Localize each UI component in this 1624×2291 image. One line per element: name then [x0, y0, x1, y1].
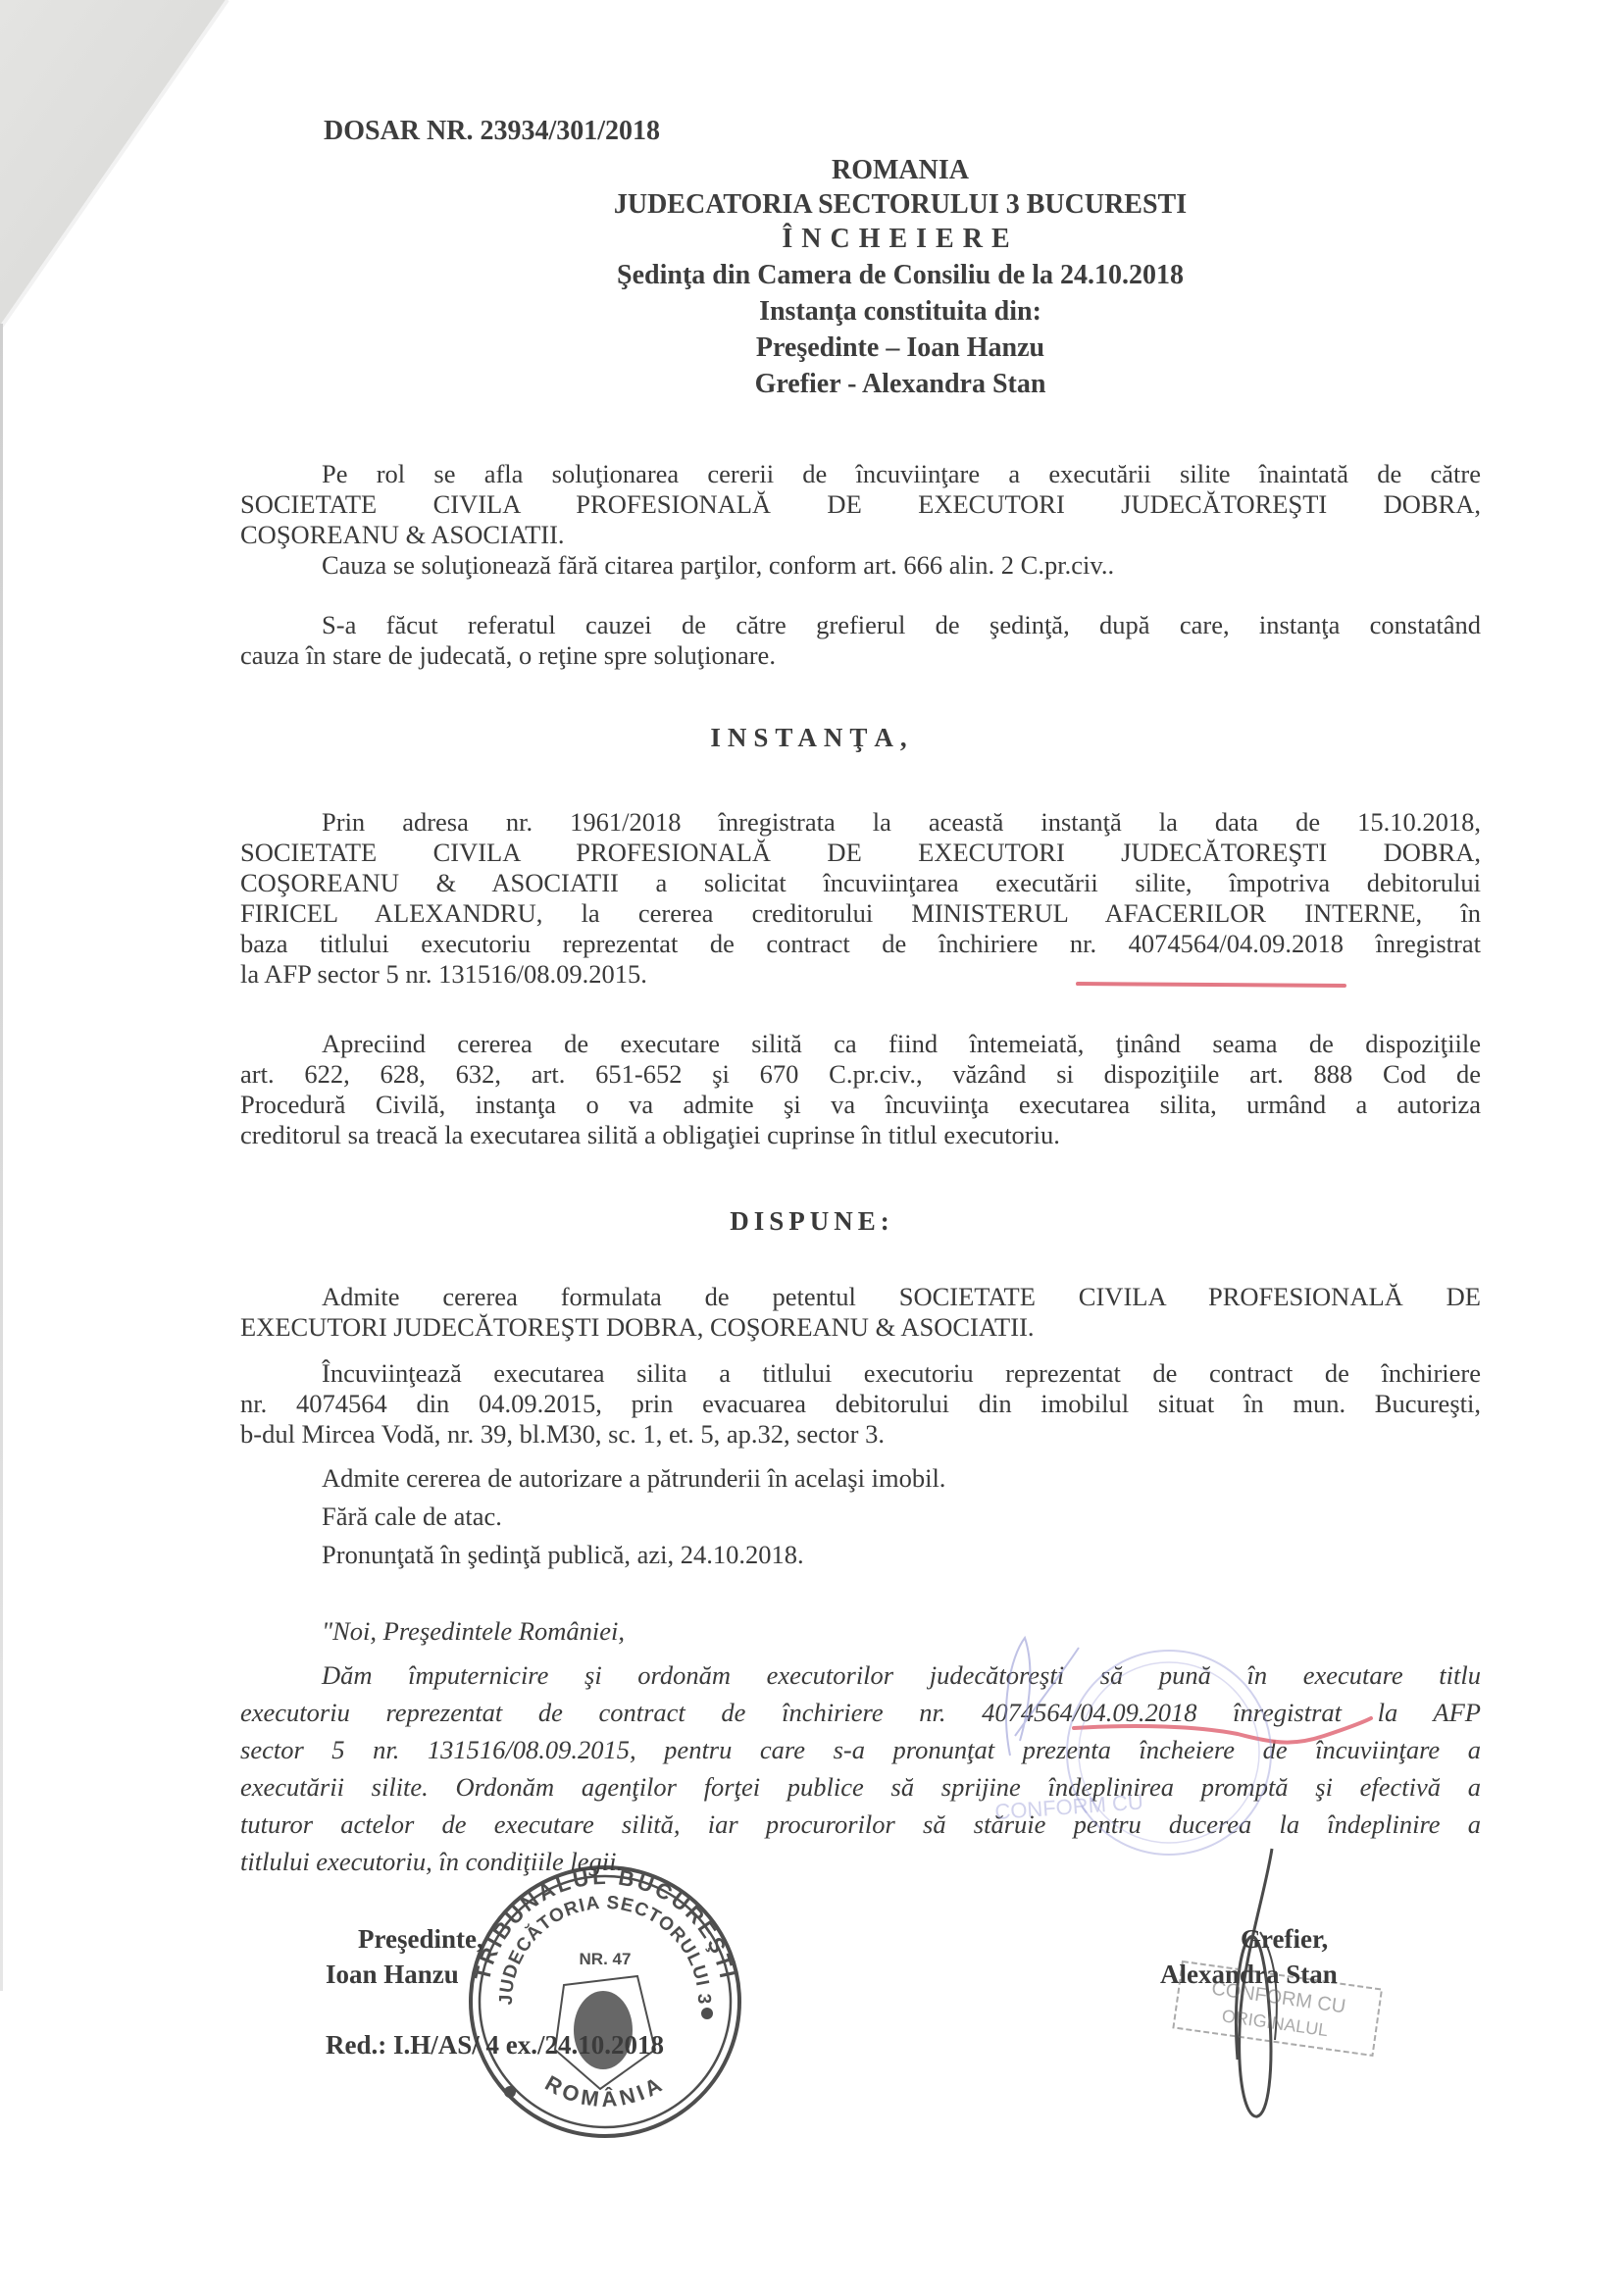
text-line: titlului executoriu, în condiţiile legii… — [240, 1847, 1481, 1876]
text-line: Prin adresa nr. 1961/2018 înregistrata l… — [240, 807, 1481, 837]
president-line: Preşedinte – Ioan Hanzu — [552, 332, 1248, 364]
document-type: ÎNCHEIERE — [552, 224, 1248, 255]
text-line: FIRICEL ALEXANDRU, la cererea creditorul… — [240, 898, 1481, 928]
text-line: SOCIETATE CIVILA PROFESIONALĂ DE EXECUTO… — [240, 838, 1481, 867]
text-line: sector 5 nr. 131516/08.09.2015, pentru c… — [240, 1735, 1481, 1764]
president-signature-name: Ioan Hanzu — [326, 1960, 459, 1990]
text-line: baza titlului executoriu reprezentat de … — [240, 929, 1481, 958]
text-line: Dăm împuternicire şi ordonăm executorilo… — [240, 1660, 1481, 1690]
text-line: cauza în stare de judecată, o reţine spr… — [240, 640, 1481, 670]
text-line: creditorul sa treacă la executarea silit… — [240, 1120, 1481, 1149]
text-line: Cauza se soluţionează fără citarea parţi… — [240, 550, 1481, 580]
clerk-line: Grefier - Alexandra Stan — [552, 369, 1248, 400]
clerk-signature-title: Grefier, — [1241, 1924, 1328, 1955]
text-line: COŞOREANU & ASOCIATII. — [240, 520, 1481, 549]
text-line: Procedură Civilă, instanţa o va admite ş… — [240, 1090, 1481, 1119]
stamp-bottom-text: ROMÂNIA — [541, 2070, 670, 2112]
text-line: "Noi, Preşedintele României, — [240, 1616, 1481, 1646]
svg-text:ROMÂNIA: ROMÂNIA — [541, 2070, 670, 2112]
text-line: art. 622, 628, 632, art. 651-652 şi 670 … — [240, 1059, 1481, 1089]
court-name: JUDECATORIA SECTORULUI 3 BUCURESTI — [552, 189, 1248, 221]
text-line: Fără cale de atac. — [240, 1502, 1481, 1531]
text-line: SOCIETATE CIVILA PROFESIONALĂ DE EXECUTO… — [240, 489, 1481, 519]
page-edge — [0, 324, 3, 1991]
svg-text:ORIGINALUL: ORIGINALUL — [1221, 2006, 1330, 2040]
stamp-outer-text: TRIBUNALUL BUCUREŞTI — [470, 1864, 740, 1983]
text-line: Pronunţată în şedinţă publică, azi, 24.1… — [240, 1540, 1481, 1569]
text-line: S-a făcut referatul cauzei de către gref… — [240, 610, 1481, 639]
text-line: Încuviinţează executarea silita a titlul… — [240, 1358, 1481, 1388]
composition-label: Instanţa constituita din: — [552, 296, 1248, 328]
country-heading: ROMANIA — [552, 155, 1248, 186]
text-line: Apreciind cererea de executare silită ca… — [240, 1029, 1481, 1058]
case-number: DOSAR NR. 23934/301/2018 — [324, 116, 660, 147]
text-line: Admite cererea de autorizare a pătrunder… — [240, 1463, 1481, 1493]
stamp-inner-text: JUDECĂTORIA SECTORULUI 3 — [496, 1893, 714, 2006]
drafting-reference: Red.: I.H/AS/ 4 ex./24.10.2018 — [326, 2030, 664, 2061]
section-title-dispune: DISPUNE: — [0, 1206, 1624, 1237]
court-stamp: TRIBUNALUL BUCUREŞTI JUDECĂTORIA SECTORU… — [470, 1864, 740, 2136]
text-line: nr. 4074564 din 04.09.2015, prin evacuar… — [240, 1389, 1481, 1418]
section-title-instanta: INSTANŢA, — [0, 723, 1624, 753]
text-line: COŞOREANU & ASOCIATII a solicitat încuvi… — [240, 868, 1481, 897]
text-line: executării silite. Ordonăm agenţilor for… — [240, 1772, 1481, 1802]
text-line: tuturor actelor de executare silită, iar… — [240, 1809, 1481, 1839]
svg-text:TRIBUNALUL BUCUREŞTI: TRIBUNALUL BUCUREŞTI — [470, 1864, 740, 1983]
text-line: EXECUTORI JUDECĂTOREŞTI DOBRA, COŞOREANU… — [240, 1312, 1481, 1342]
text-line: Admite cererea formulata de petentul SOC… — [240, 1282, 1481, 1311]
text-line: executoriu reprezentat de contract de în… — [240, 1698, 1481, 1727]
text-line: Pe rol se afla soluţionarea cererii de î… — [240, 459, 1481, 488]
stamp-number: NR. 47 — [580, 1950, 632, 1968]
clerk-signature-name: Alexandra Stan — [1160, 1960, 1338, 1990]
session-info: Şedinţa din Camera de Consiliu de la 24.… — [552, 260, 1248, 291]
text-line: b-dul Mircea Vodă, nr. 39, bl.M30, sc. 1… — [240, 1419, 1481, 1449]
president-signature-title: Preşedinte, — [358, 1924, 483, 1955]
svg-text:JUDECĂTORIA SECTORULUI 3: JUDECĂTORIA SECTORULUI 3 — [496, 1893, 714, 2006]
